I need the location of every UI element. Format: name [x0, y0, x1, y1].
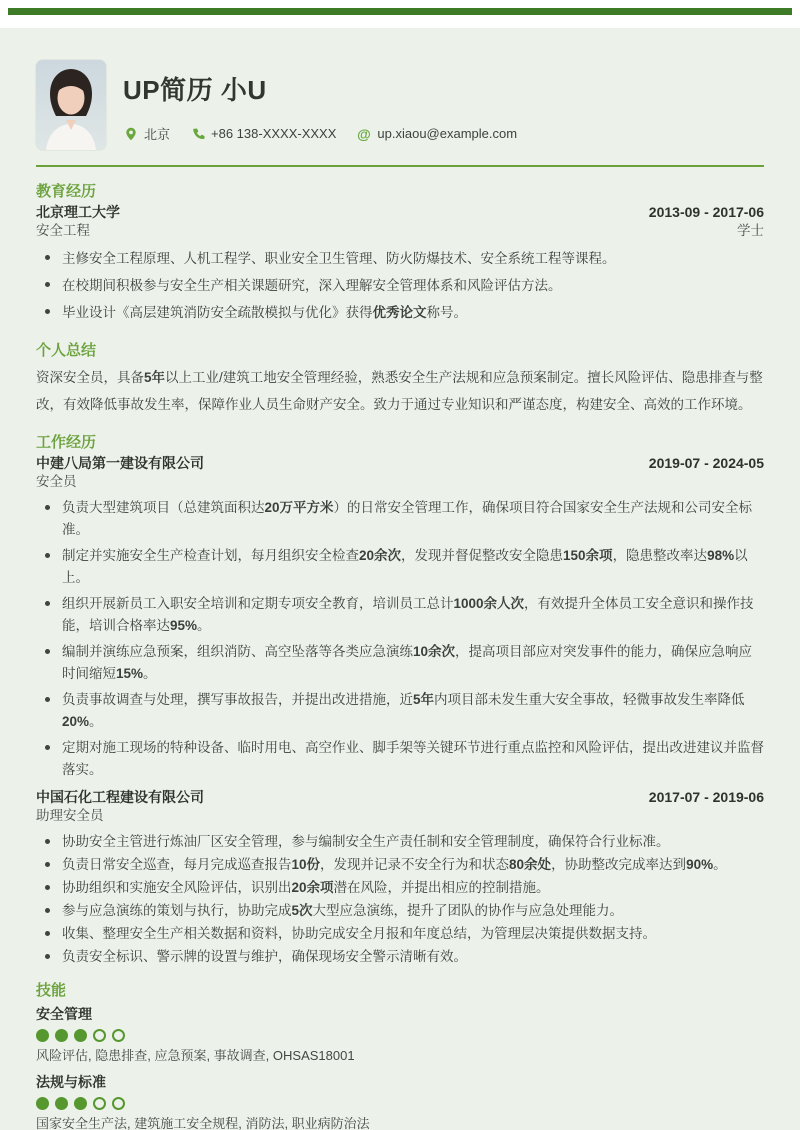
- education-title: 教育经历: [36, 183, 764, 201]
- education-entry-head: 北京理工大学 2013-09 - 2017-06: [36, 204, 764, 221]
- job2-entry-sub: 助理安全员: [36, 808, 764, 824]
- section-skills: 技能 安全管理 风险评估, 隐患排查, 应急预案, 事故调查, OHSAS180…: [36, 982, 764, 1130]
- school-name: 北京理工大学: [36, 204, 120, 221]
- header-divider: [36, 165, 764, 167]
- rating-dot: [74, 1029, 87, 1042]
- job2-bullet: 参与应急演练的策划与执行，协助完成5次大型应急演练，提升了团队的协作与应急处理能…: [36, 900, 764, 922]
- rating-dot: [93, 1029, 106, 1042]
- job2-bullet: 负责日常安全巡查，每月完成巡查报告10份，发现并记录不安全行为和状态80余处，协…: [36, 854, 764, 876]
- identity-block: UP简历 小U 北京 +86 138-XXXX-XXXX @ up.xiao: [123, 60, 517, 150]
- job1-bullet: 负责大型建筑项目（总建筑面积达20万平方米）的日常安全管理工作，确保项目符合国家…: [36, 497, 764, 541]
- rating-dot: [74, 1097, 87, 1110]
- location-text: 北京: [144, 124, 170, 143]
- job1-period: 2019-07 - 2024-05: [649, 455, 764, 472]
- phone-text: +86 138-XXXX-XXXX: [211, 126, 336, 141]
- education-bullet-list: 主修安全工程原理、人机工程学、职业安全卫生管理、防火防爆技术、安全系统工程等课程…: [36, 246, 764, 326]
- email-text: up.xiaou@example.com: [377, 126, 517, 141]
- profile-photo: [36, 60, 106, 150]
- resume-page: UP简历 小U 北京 +86 138-XXXX-XXXX @ up.xiao: [0, 28, 800, 1130]
- degree-name: 学士: [737, 223, 764, 239]
- job1-bullet: 制定并实施安全生产检查计划，每月组织安全检查20余次，发现并督促整改安全隐患15…: [36, 545, 764, 589]
- skill-rating: [36, 1029, 764, 1042]
- job1-bullet: 定期对施工现场的特种设备、临时用电、高空作业、脚手架等关键环节进行重点监控和风险…: [36, 737, 764, 781]
- job2-bullet-list: 协助安全主管进行炼油厂区安全管理，参与编制安全生产责任制和安全管理制度，确保符合…: [36, 831, 764, 968]
- job2-bullet: 负责安全标识、警示牌的设置与维护，确保现场安全警示清晰有效。: [36, 946, 764, 968]
- contact-location: 北京: [123, 124, 170, 143]
- skill-name: 法规与标准: [36, 1074, 764, 1091]
- section-work: 工作经历 中建八局第一建设有限公司 2019-07 - 2024-05 安全员 …: [36, 434, 764, 968]
- education-bullet: 主修安全工程原理、人机工程学、职业安全卫生管理、防火防爆技术、安全系统工程等课程…: [36, 246, 764, 272]
- education-bullet: 毕业设计《高层建筑消防安全疏散模拟与优化》获得优秀论文称号。: [36, 300, 764, 326]
- profile-photo-image: [36, 60, 106, 150]
- job2-bullet: 协助组织和实施安全风险评估，识别出20余项潜在风险，并提出相应的控制措施。: [36, 877, 764, 899]
- job2-company: 中国石化工程建设有限公司: [36, 789, 204, 806]
- candidate-name: UP简历 小U: [123, 70, 517, 107]
- summary-title: 个人总结: [36, 342, 764, 360]
- education-bullet: 在校期间积极参与安全生产相关课题研究，深入理解安全管理体系和风险评估方法。: [36, 273, 764, 299]
- education-period: 2013-09 - 2017-06: [649, 204, 764, 221]
- resume-header: UP简历 小U 北京 +86 138-XXXX-XXXX @ up.xiao: [36, 28, 764, 150]
- rating-dot: [55, 1097, 68, 1110]
- skill-detail: 风险评估, 隐患排查, 应急预案, 事故调查, OHSAS18001: [36, 1048, 764, 1064]
- rating-dot: [93, 1097, 106, 1110]
- job1-bullet: 编制并演练应急预案，组织消防、高空坠落等各类应急演练10余次，提高项目部应对突发…: [36, 641, 764, 685]
- top-accent-bar: [8, 8, 792, 15]
- skill-rating: [36, 1097, 764, 1110]
- at-icon: @: [356, 126, 371, 141]
- job1-company: 中建八局第一建设有限公司: [36, 455, 204, 472]
- rating-dot: [112, 1097, 125, 1110]
- major-name: 安全工程: [36, 223, 90, 239]
- job2-entry-head: 中国石化工程建设有限公司 2017-07 - 2019-06: [36, 789, 764, 806]
- location-pin-icon: [123, 126, 138, 141]
- job1-entry-head: 中建八局第一建设有限公司 2019-07 - 2024-05: [36, 455, 764, 472]
- rating-dot: [36, 1029, 49, 1042]
- rating-dot: [112, 1029, 125, 1042]
- job1-role: 安全员: [36, 474, 77, 490]
- section-education: 教育经历 北京理工大学 2013-09 - 2017-06 安全工程 学士 主修…: [36, 183, 764, 326]
- job1-bullet-list: 负责大型建筑项目（总建筑面积达20万平方米）的日常安全管理工作，确保项目符合国家…: [36, 497, 764, 781]
- summary-text: 资深安全员，具备5年以上工业/建筑工地安全管理经验，熟悉安全生产法规和应急预案制…: [36, 364, 764, 418]
- rating-dot: [36, 1097, 49, 1110]
- work-title: 工作经历: [36, 434, 764, 452]
- job1-entry-sub: 安全员: [36, 474, 764, 490]
- skill-name: 安全管理: [36, 1006, 764, 1023]
- job2-bullet: 协助安全主管进行炼油厂区安全管理，参与编制安全生产责任制和安全管理制度，确保符合…: [36, 831, 764, 853]
- job2-period: 2017-07 - 2019-06: [649, 789, 764, 806]
- job1-bullet: 负责事故调查与处理，撰写事故报告，并提出改进措施，近5年内项目部未发生重大安全事…: [36, 689, 764, 733]
- job2-bullet: 收集、整理安全生产相关数据和资料，协助完成安全月报和年度总结，为管理层决策提供数…: [36, 923, 764, 945]
- contact-email: @ up.xiaou@example.com: [356, 126, 517, 141]
- contact-row: 北京 +86 138-XXXX-XXXX @ up.xiaou@example.…: [123, 124, 517, 143]
- skills-title: 技能: [36, 982, 764, 1000]
- job2-role: 助理安全员: [36, 808, 104, 824]
- skill-detail: 国家安全生产法, 建筑施工安全规程, 消防法, 职业病防治法: [36, 1116, 764, 1130]
- rating-dot: [55, 1029, 68, 1042]
- contact-phone: +86 138-XXXX-XXXX: [190, 126, 336, 141]
- phone-icon: [190, 126, 205, 141]
- section-summary: 个人总结 资深安全员，具备5年以上工业/建筑工地安全管理经验，熟悉安全生产法规和…: [36, 342, 764, 418]
- job1-bullet: 组织开展新员工入职安全培训和定期专项安全教育，培训员工总计1000余人次，有效提…: [36, 593, 764, 637]
- education-entry-sub: 安全工程 学士: [36, 223, 764, 239]
